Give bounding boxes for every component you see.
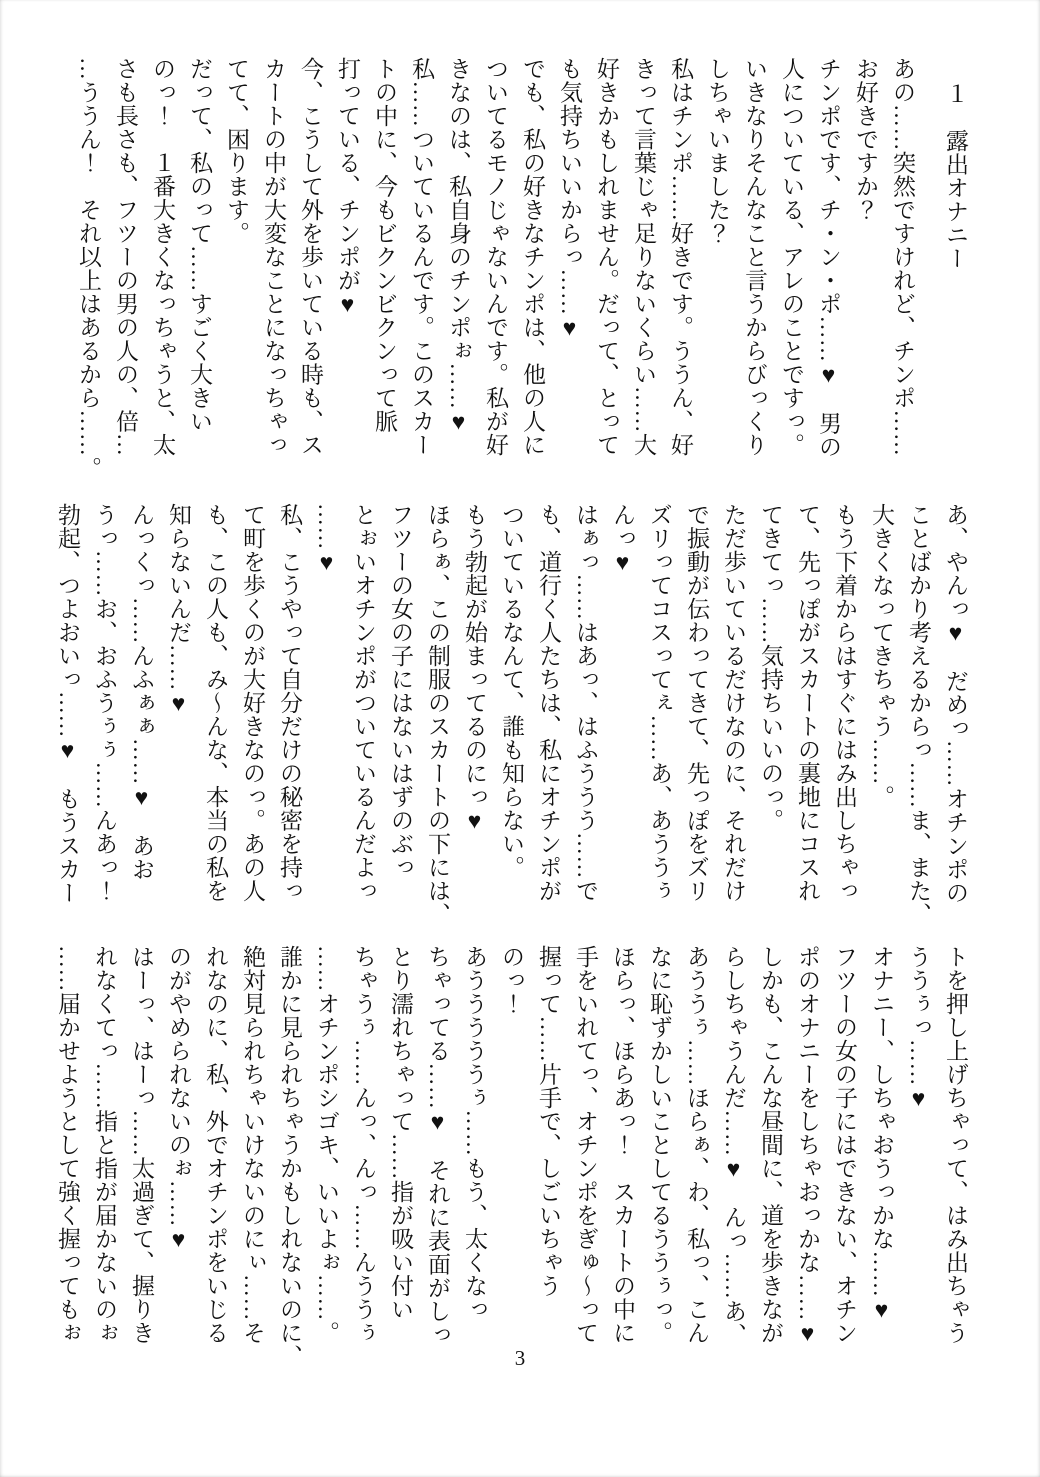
text-line: うっ……お、おふうぅぅ……んあっ！ (86, 503, 123, 903)
text-line: んっ♥ (604, 503, 641, 903)
text-line: て町を歩くのが大好きなのっ。あの人 (234, 503, 271, 903)
text-line: いきなりそんなこと言うからびっくり (736, 57, 773, 450)
text-line: はーっ、はーっ……太過ぎて、握りき (123, 945, 160, 1347)
text-line: 打っている、チンポが♥ (329, 57, 366, 450)
text-line: はぁっ……はあっ、はふううう……で (567, 503, 604, 903)
text-line: 好きかもしれません。だって、とって (588, 57, 625, 450)
text-line: ……♥ (308, 503, 345, 903)
text-line: あううぅ……ほらぁ、わ、私っ、こん (678, 945, 715, 1347)
text-line: もう勃起が始まってるのにっ♥ (456, 503, 493, 903)
text-band-top: １ 露出オナニー あの……突然ですけれど、チンポ……お好きですか？チンポです、チ… (70, 57, 974, 450)
text-line: でも、私の好きなチンポは、他の人に (514, 57, 551, 450)
text-band-bottom: トを押し上げちゃって、はみ出ちゃうううぅっ……♥オナニー、しちゃおうっかな……♥… (49, 945, 974, 1347)
text-line: 今、こうして外を歩いている時も、ス (292, 57, 329, 450)
text-line: ついているなんて、誰も知らない。 (493, 503, 530, 903)
text-line: あの……突然ですけれど、チンポ…… (884, 57, 921, 450)
text-line: ついてるモノじゃないんです。私が好 (477, 57, 514, 450)
text-line: てて、困ります。 (218, 57, 255, 450)
text-line: ことばかり考えるからっ……ま、また、 (900, 503, 937, 903)
text-line: らしちゃうんだ……♥ んっ……あ、 (715, 945, 752, 1347)
text-line: あ、やんっ♥ だめっ……オチンポの (937, 503, 974, 903)
text-line: れなのに、私、外でオチンポをいじる (197, 945, 234, 1347)
text-line: も、道行く人たちは、私にオチンポが (530, 503, 567, 903)
text-line: のっ！ １番大きくなっちゃうと、太 (144, 57, 181, 450)
text-line: きって言葉じゃ足りないくらい……大 (625, 57, 662, 450)
text-line: 手をいれてっ、オチンポをぎゅ～って (567, 945, 604, 1347)
text-line: で振動が伝わってきて、先っぽをズリ (678, 503, 715, 903)
text-line: フツーの女の子にはないはずのぶっ (382, 503, 419, 903)
text-line: んっくっ……んふぁぁ……♥ あお (123, 503, 160, 903)
text-band-middle: あ、やんっ♥ だめっ……オチンポのことばかり考えるからっ……ま、また、大きくなっ… (49, 503, 974, 903)
text-line: 誰かに見られちゃうかもしれないのに、 (271, 945, 308, 1347)
text-line: ちゃってる……♥ それに表面がしっ (419, 945, 456, 1347)
text-line: ポのオナニーをしちゃおっかな……♥ (789, 945, 826, 1347)
text-line: 絶対見られちゃいけないのにぃ……そ (234, 945, 271, 1347)
text-line: 握って……片手で、しごいちゃう (530, 945, 567, 1347)
text-line: しちゃいました？ (699, 57, 736, 450)
text-line: れなくてっ……指と指が届かないのぉ (86, 945, 123, 1347)
text-line: 勃起、つよおいっ……♥ もうスカー (49, 503, 86, 903)
text-line: オナニー、しちゃおうっかな……♥ (863, 945, 900, 1347)
text-line: お好きですか？ (847, 57, 884, 450)
text-line: てきてっ……気持ちいいのっ。 (752, 503, 789, 903)
text-line: のっ！ (493, 945, 530, 1347)
text-line: ほらぁ、この制服のスカートの下には、 (419, 503, 456, 903)
text-line: ズリってコスってぇ……あ、あううぅ (641, 503, 678, 903)
text-line: とぉいオチンポがついているんだよっ (345, 503, 382, 903)
text-line: トを押し上げちゃって、はみ出ちゃう (937, 945, 974, 1347)
text-line: あうううううぅ……もう、太くなっ (456, 945, 493, 1347)
text-line: ううぅっ……♥ (900, 945, 937, 1347)
text-line: さも長さも、フツーの男の人の、倍… (107, 57, 144, 450)
text-line: ちゃうぅ……んっ、んっ……んううぅ (345, 945, 382, 1347)
text-line: ……オチンポシゴキ、いいよぉ……。 (308, 945, 345, 1347)
text-line: 知らないんだ……♥ (160, 503, 197, 903)
page-number: 3 (0, 1346, 1040, 1371)
text-line: なに恥ずかしいことしてるううぅっ。 (641, 945, 678, 1347)
text-line: チンポです、チ・ン・ポ……♥ 男の (810, 57, 847, 450)
text-line: のがやめられないのぉ……♥ (160, 945, 197, 1347)
novel-page: １ 露出オナニー あの……突然ですけれど、チンポ……お好きですか？チンポです、チ… (0, 0, 1040, 1477)
text-line: もう下着からはすぐにはみ出しちゃっ (826, 503, 863, 903)
text-line: も、この人も、み～んな、本当の私を (197, 503, 234, 903)
text-line: 私はチンポ……好きです。ううん、好 (662, 57, 699, 450)
text-line: ただ歩いているだけなのに、それだけ (715, 503, 752, 903)
text-line: とり濡れちゃって……指が吸い付い (382, 945, 419, 1347)
text-line: て、先っぽがスカートの裏地にコスれ (789, 503, 826, 903)
text-line: トの中に、今もビクンビクンって脈 (366, 57, 403, 450)
text-line: だって、私のって……すごく大きい (181, 57, 218, 450)
text-line: 人についている、アレのことですっ。 (773, 57, 810, 450)
text-line: フツーの女の子にはできない、オチン (826, 945, 863, 1347)
chapter-heading: １ 露出オナニー (937, 57, 974, 450)
text-line: ほらっ、ほらあっ！ スカートの中に (604, 945, 641, 1347)
text-line: しかも、こんな昼間に、道を歩きなが (752, 945, 789, 1347)
text-line: 私……ついているんです。このスカー (403, 57, 440, 450)
text-line: …ううん！ それ以上はあるから……。 (70, 57, 107, 450)
text-line: 私、こうやって自分だけの秘密を持っ (271, 503, 308, 903)
text-line: ……届かせようとして強く握ってもぉ (49, 945, 86, 1347)
text-line: も気持ちいいからっ……♥ (551, 57, 588, 450)
text-line: 大きくなってきちゃう……。 (863, 503, 900, 903)
text-line: カートの中が大変なことになっちゃっ (255, 57, 292, 450)
text-line: きなのは、私自身のチンポぉ……♥ (440, 57, 477, 450)
